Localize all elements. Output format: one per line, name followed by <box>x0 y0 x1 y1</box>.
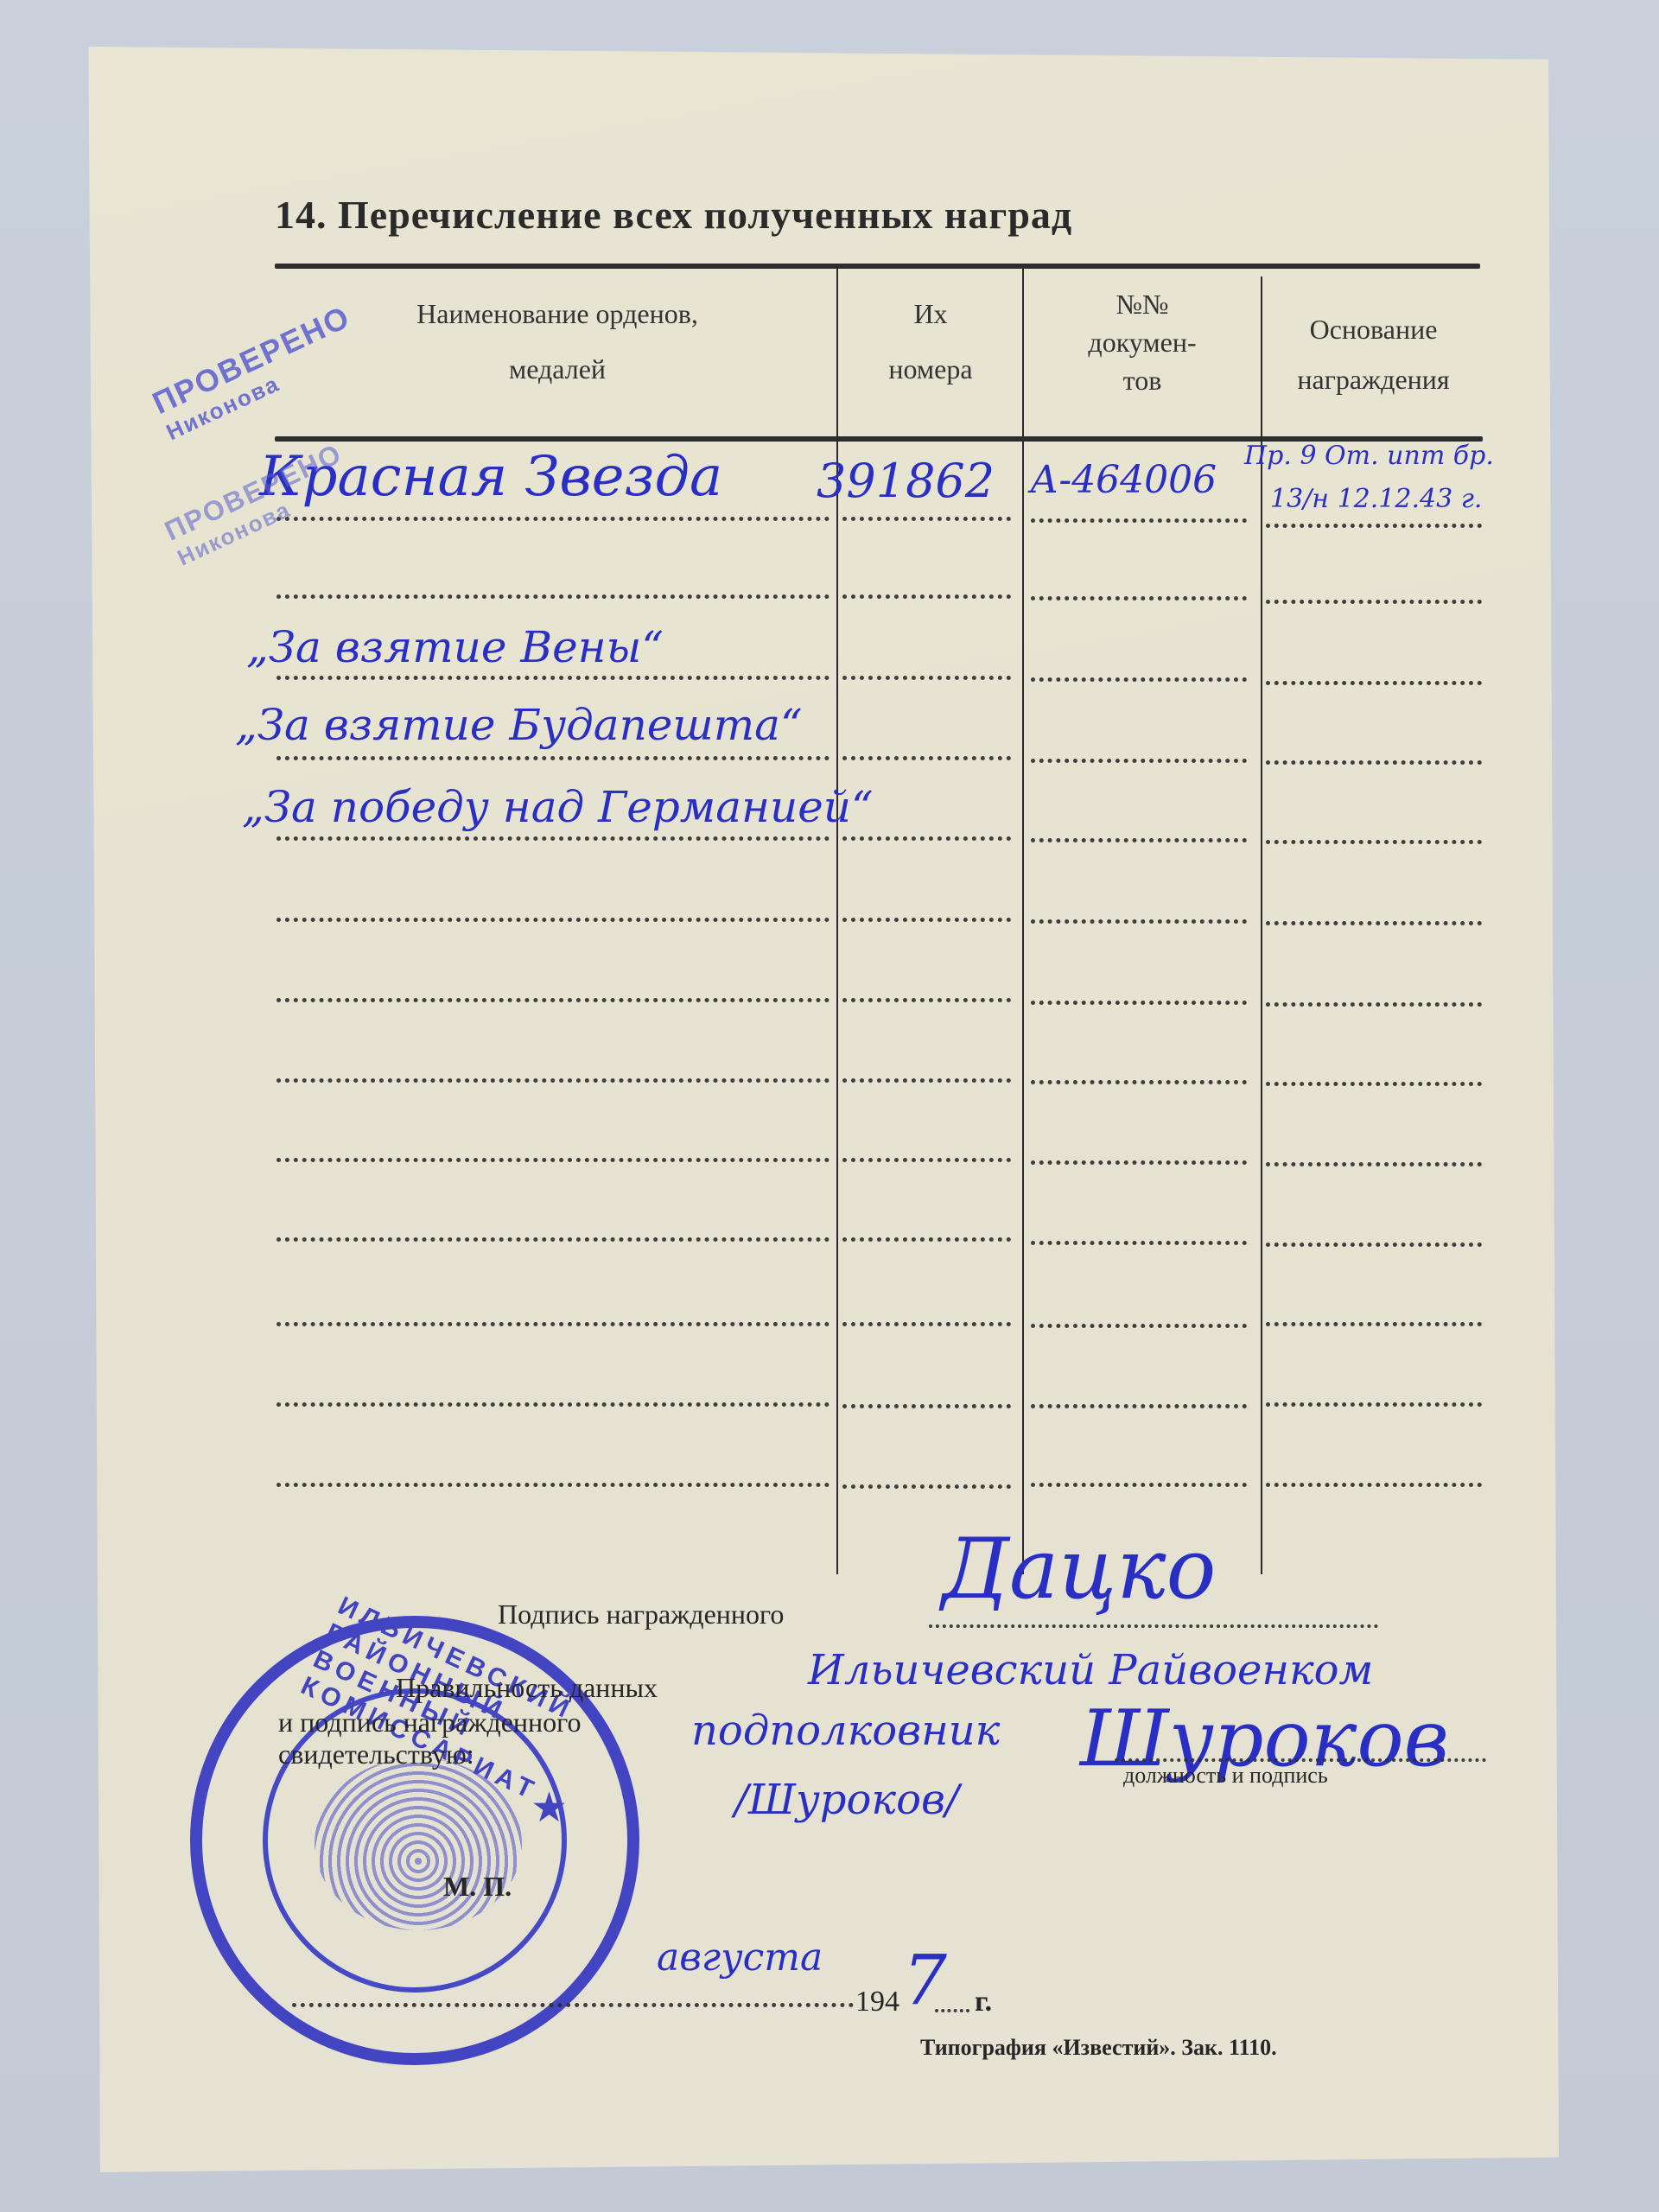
award-document-cell: А-464006 <box>1030 458 1217 502</box>
table-top-rule <box>275 264 1480 269</box>
year-suffix: г. <box>975 1986 992 2018</box>
certification-label-line2: и подпись награжденного <box>278 1707 581 1738</box>
award-basis-line1: Пр. 9 От. ипт бр. <box>1244 441 1494 471</box>
section-title: 14. Перечисление всех полученных наград <box>275 192 1072 238</box>
position-signature-line <box>1115 1758 1486 1762</box>
medal-budapest: „За взятие Будапешта“ <box>235 700 803 750</box>
medal-vienna: „За взятие Вены“ <box>246 622 664 672</box>
date-month: августа <box>657 1935 823 1980</box>
printer-footer: Типография «Известий». Зак. 1110. <box>920 2035 1277 2061</box>
header-line: Наименование орденов, <box>285 294 829 334</box>
recipient-signature: Дацко <box>942 1521 1216 1618</box>
certifier-position-line1: Ильичевский Райвоенком <box>808 1646 1373 1694</box>
recipient-signature-label: Подпись награжденного <box>498 1599 784 1630</box>
column-header-documents: №№ докумен- тов <box>1026 285 1259 399</box>
year-line <box>935 2009 969 2012</box>
header-line: Их <box>840 294 1021 334</box>
column-header-award-name: Наименование орденов, медалей <box>285 294 829 389</box>
column-header-numbers: Их номера <box>840 294 1021 389</box>
header-line: номера <box>840 349 1021 389</box>
position-signature-caption: должность и подпись <box>1123 1763 1328 1789</box>
header-line: докумен- <box>1026 323 1259 361</box>
column-divider-2 <box>1022 268 1024 1574</box>
date-line <box>292 2003 854 2007</box>
award-basis-line2: 13/н 12.12.43 г. <box>1270 484 1482 514</box>
column-header-basis: Основание награждения <box>1263 309 1484 399</box>
certifier-name: /Шуроков/ <box>734 1776 959 1824</box>
column-divider-3 <box>1261 276 1262 1574</box>
header-line: награждения <box>1263 359 1484 399</box>
certification-label-line3: свидетельствую: <box>278 1738 474 1770</box>
header-line: №№ <box>1026 285 1259 323</box>
certification-label-line1: Правильность данных <box>396 1672 658 1704</box>
header-line: Основание <box>1263 309 1484 349</box>
header-line: тов <box>1026 361 1259 399</box>
medal-victory-germany: „За победу над Германией“ <box>242 782 874 832</box>
year-printed: 194 <box>855 1986 899 2018</box>
recipient-signature-line <box>929 1624 1378 1628</box>
seal-place-label: М. П. <box>443 1871 512 1903</box>
certifier-position-line2: подполковник <box>691 1707 1000 1755</box>
award-number-cell: 391862 <box>817 454 995 508</box>
